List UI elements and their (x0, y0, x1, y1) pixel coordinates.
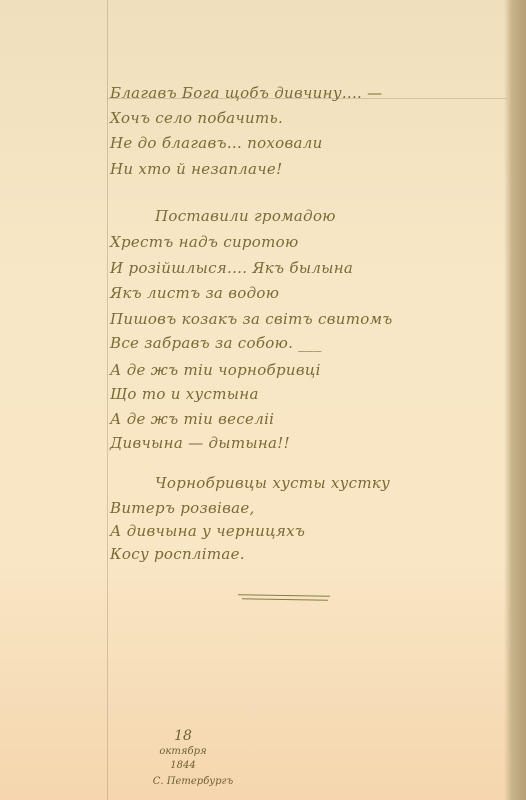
manuscript-page: Благавъ Бога щобъ дивчину.... — Хочъ сел… (0, 0, 526, 800)
page-edge-shadow (504, 0, 526, 800)
poem-line: А де жъ тiи чорнобривцi (110, 361, 321, 379)
date-day: 18 (168, 728, 198, 744)
poem-line: Дивчына — дытына!! (110, 434, 290, 452)
poem-line: Якъ листъ за водою (110, 284, 279, 302)
poem-line: Витеръ розвiвае, (110, 499, 255, 517)
poem-line: Хрестъ надъ сиротою (110, 233, 299, 251)
poem-line: Що то и хустына (110, 385, 259, 403)
poem-line: А дивчына у черницяхъ (110, 522, 305, 540)
poem-line: Косу росплiтае. (110, 545, 245, 563)
signature-place: С. Петербургъ (138, 776, 248, 787)
poem-line: Пишовъ козакъ за свiтъ свитомъ (110, 310, 393, 328)
divider-line (242, 598, 328, 601)
divider-line (238, 594, 330, 597)
poem-line: А де жъ тiи веселii (110, 410, 274, 428)
poem-line: Чорнобривцы хусты хустку (155, 474, 390, 492)
margin-line (107, 0, 108, 800)
poem-line: Все забравъ за собою. ___ (110, 334, 322, 352)
poem-line: Благавъ Бога щобъ дивчину.... — (110, 84, 382, 102)
poem-line: Хочъ село побачить. (110, 109, 283, 127)
poem-line: И розiйшлыся.... Якъ былына (110, 259, 353, 277)
date-year: 1844 (158, 760, 208, 771)
poem-line: Не до благавъ... поховали (110, 134, 323, 152)
poem-line: Поставили громадою (155, 207, 336, 225)
date-month: октября (143, 746, 223, 757)
poem-line: Ни хто й незаплаче! (110, 160, 282, 178)
